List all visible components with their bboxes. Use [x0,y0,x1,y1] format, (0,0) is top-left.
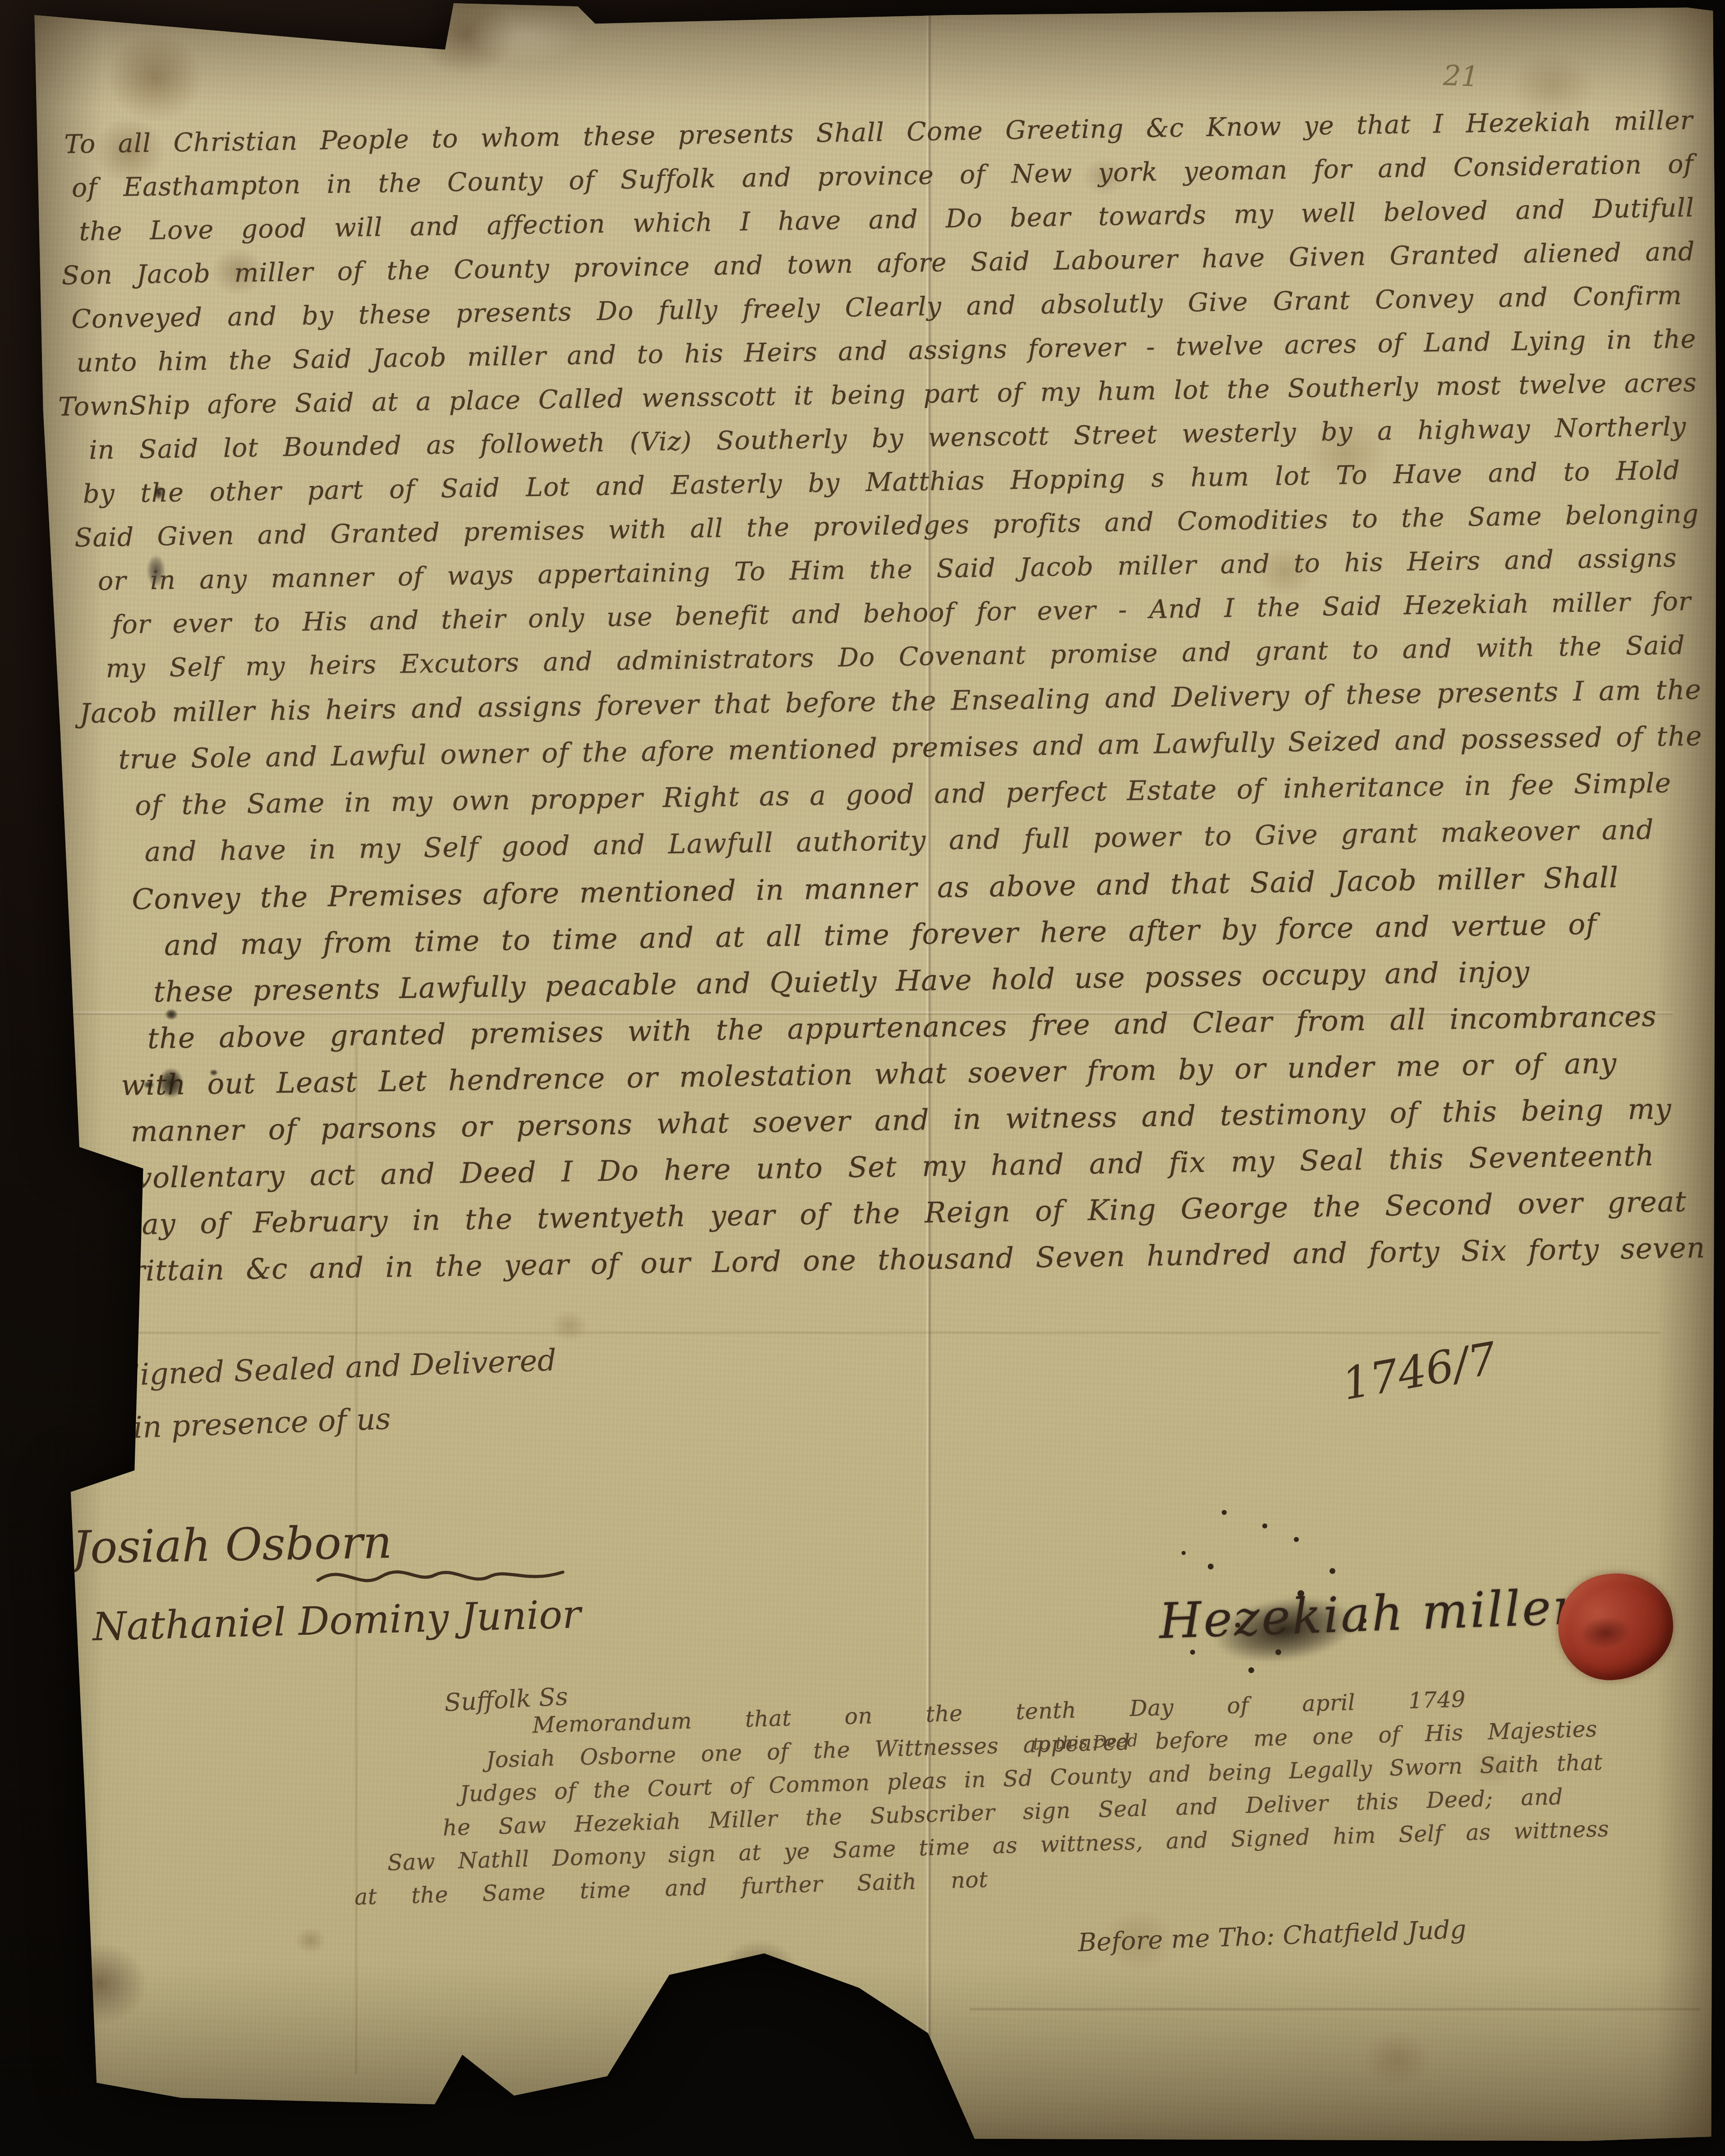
attestation-line-2: in presence of us [133,1401,391,1445]
grantor-signature-hezekiah-miller: Hezekiah miller [1158,1579,1579,1650]
witness-signature-nathaniel-dominy: Nathaniel Dominy Junior [92,1592,581,1650]
ink-blot [143,1081,154,1088]
fold-crease-horizontal-lower [81,1331,1660,1335]
ink-blot [210,1069,218,1076]
year-notation: 1746/7 [1339,1333,1500,1410]
judge-attestation: Before me Tho: Chatfield Judg [1077,1915,1467,1958]
scanned-deed-screenshot: { "page": { "number": "21" }, "colors": … [0,0,1725,2156]
ink-blot [165,1009,178,1020]
attestation-line-1: Signed Sealed and Delivered [119,1343,557,1393]
page-number: 21 [1443,59,1479,93]
memorandum-text: Memorandum that on the tenth Day of apri… [343,1682,1619,1918]
signature-flourish [316,1558,568,1598]
deed-body-text: To all Christian People to whom these pr… [51,106,1710,1302]
ink-blot [159,1068,184,1098]
ink-blot [147,555,166,587]
wrinkle-bottom-right [970,2007,1700,2011]
ink-spatter [1182,1551,1186,1555]
ink-blot [154,486,163,500]
deed-paper: 21 To all Christian People to whom these… [0,0,1725,2156]
paper-drop-shadow: 21 To all Christian People to whom these… [0,0,1725,2156]
interlinear-insertion: to this Deed [1032,1730,1138,1754]
